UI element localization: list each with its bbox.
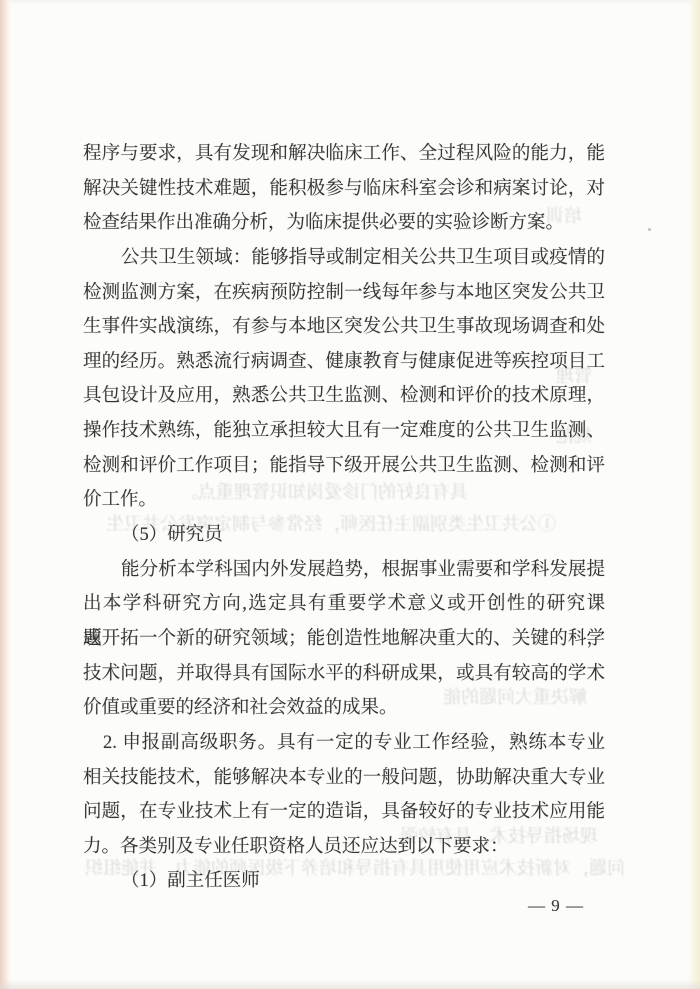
text-line: 程序与要求，具有发现和解决临床工作、全过程风险的能力，能 — [83, 137, 605, 172]
scan-edge-right — [688, 0, 700, 989]
text-line: 力。各类别及专业任职资格人员还应达到以下要求： — [83, 830, 605, 865]
scanned-page: 培训 管理 规范 具有良好的门诊爱岗知识管理重点。 ①公共卫生类别副主任医师，经… — [0, 0, 700, 989]
text-line: 操作技术熟练，能独立承担较大且有一定难度的公共卫生监测、 — [83, 414, 605, 449]
section-item-label: （1）副主任医师 — [83, 864, 605, 899]
text-line: 解决关键性技术难题，能积极参与临床科室会诊和病案讨论，对 — [83, 172, 605, 207]
text-line: 出本学科研究方向,选定具有重要学术意义或开创性的研究课题， — [83, 587, 605, 622]
section-item-label: （5）研究员 — [83, 518, 605, 553]
text-line: 公共卫生领域：能够指导或制定相关公共卫生项目或疫情的 — [83, 241, 605, 276]
text-line: 价值或重要的经济和社会效益的成果。 — [83, 691, 605, 726]
text-line: 检测和评价工作项目；能指导下级开展公共卫生监测、检测和评 — [83, 449, 605, 484]
scan-edge-left — [0, 0, 11, 989]
document-body: 程序与要求，具有发现和解决临床工作、全过程风险的能力，能 解决关键性技术难题，能… — [83, 137, 605, 899]
text-line: 理的经历。熟悉流行病调查、健康教育与健康促进等疾控项目工 — [83, 345, 605, 380]
text-line: 相关技能技术，能够解决本专业的一般问题，协助解决重大专业 — [83, 761, 605, 796]
scan-edge-top — [0, 0, 700, 4]
text-line: 检查结果作出准确分析，为临床提供必要的实验诊断方案。 — [83, 206, 605, 241]
text-line: 技术问题，并取得具有国际水平的科研成果，或具有较高的学术 — [83, 657, 605, 692]
text-line: 具包设计及应用，熟悉公共卫生监测、检测和评价的技术原理， — [83, 379, 605, 414]
text-line: 能分析本学科国内外发展趋势，根据事业需要和学科发展提 — [83, 553, 605, 588]
text-line: 或开拓一个新的研究领域；能创造性地解决重大的、关键的科学 — [83, 622, 605, 657]
text-line: 生事件实战演练，有参与本地区突发公共卫生事故现场调查和处 — [83, 310, 605, 345]
text-line: 价工作。 — [83, 483, 605, 518]
scan-edge-bottom — [0, 980, 700, 989]
text-line: 检测监测方案，在疾病预防控制一线每年参与本地区突发公共卫 — [83, 276, 605, 311]
text-line: 2. 申报副高级职务。具有一定的专业工作经验，熟练本专业 — [83, 726, 605, 761]
page-number: — 9 — — [528, 896, 584, 916]
scan-speck — [648, 228, 651, 231]
text-line: 问题，在专业技术上有一定的造诣，具备较好的专业技术应用能 — [83, 795, 605, 830]
